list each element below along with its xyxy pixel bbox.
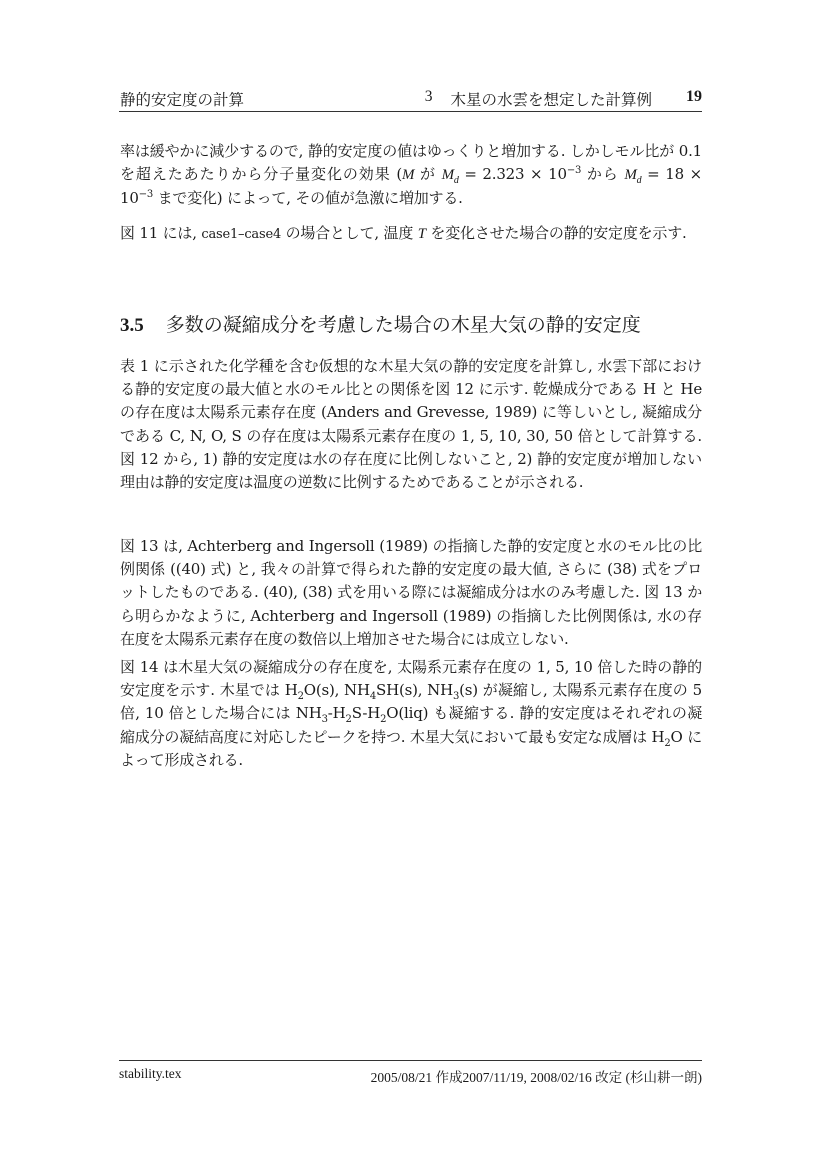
footer-dates: 2005/08/21 作成2007/11/19, 2008/02/16 改定 (… [371, 1066, 702, 1086]
section-number: 3.5 [120, 315, 144, 336]
paragraph-3: 表 1 に示された化学種を含む仮想的な木星大気の静的安定度を計算し, 水雲下部に… [120, 355, 702, 494]
page-header: 静的安定度の計算 3 木星の水雲を想定した計算例 19 [119, 88, 702, 112]
math-exponent: −3 [567, 165, 581, 176]
section-heading: 3.5多数の凝縮成分を考慮した場合の木星大気の静的安定度 [120, 310, 641, 337]
text: = 2.323 × 10 [459, 165, 567, 183]
text: SH(s), NH [376, 681, 453, 699]
chapter-heading: 3 木星の水雲を想定した計算例 19 [425, 88, 702, 110]
text: -H [328, 704, 346, 722]
section-title: 多数の凝縮成分を考慮した場合の木星大気の静的安定度 [166, 314, 641, 336]
text: が [414, 165, 441, 183]
math-var-Md: M [442, 167, 454, 183]
paragraph-2: 図 11 には, case1–case4 の場合として, 温度 T を変化させた… [120, 222, 702, 246]
case-range: case1–case4 [201, 227, 281, 242]
text: 図 11 には, [120, 224, 201, 242]
chapter-number: 3 [425, 88, 433, 110]
text: まで変化) によって, その値が急激に増加する. [153, 189, 463, 207]
running-title: 静的安定度の計算 [120, 88, 244, 110]
text: から [581, 165, 624, 183]
footer-filename: stability.tex [119, 1066, 182, 1082]
text: を変化させた場合の静的安定度を示す. [426, 224, 687, 242]
paragraph-1: 率は緩やかに減少するので, 静的安定度の値はゆっくりと増加する. しかしモル比が… [120, 140, 702, 211]
text: O(s), NH [304, 681, 370, 699]
math-var-M: M [402, 167, 414, 183]
page-footer: stability.tex 2005/08/21 作成2007/11/19, 2… [119, 1060, 702, 1066]
paragraph-4: 図 13 は, Achterberg and Ingersoll (1989) … [120, 535, 702, 651]
math-var-T: T [418, 226, 426, 242]
paragraph-5: 図 14 は木星大気の凝縮成分の存在度を, 太陽系元素存在度の 1, 5, 10… [120, 656, 702, 772]
math-exponent: −3 [139, 189, 153, 200]
text: の場合として, 温度 [281, 224, 418, 242]
math-var-Md: M [624, 167, 636, 183]
text: S-H [352, 704, 380, 722]
page-number: 19 [686, 88, 702, 110]
chapter-title: 木星の水雲を想定した計算例 [450, 88, 652, 110]
